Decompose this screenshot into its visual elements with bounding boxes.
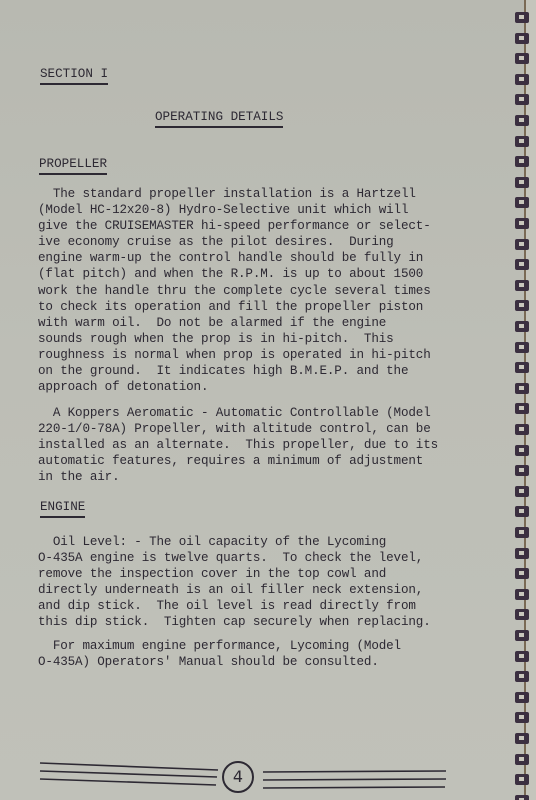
binding-coil	[515, 197, 529, 208]
page-number: 4	[222, 761, 254, 793]
binding-coil	[515, 506, 529, 517]
binding-coil	[515, 774, 529, 785]
binding-coil	[515, 548, 529, 559]
binding-coil	[515, 33, 529, 44]
binding-coil	[515, 445, 529, 456]
binding-coil	[515, 630, 529, 641]
binding-coil	[515, 177, 529, 188]
engine-heading: ENGINE	[40, 500, 85, 518]
binding-coil	[515, 362, 529, 373]
binding-coil	[515, 754, 529, 765]
binding-coil	[515, 53, 529, 64]
binding-coil	[515, 527, 529, 538]
propeller-paragraph-koppers: A Koppers Aeromatic - Automatic Controll…	[38, 405, 438, 485]
engine-paragraph-performance: For maximum engine performance, Lycoming…	[38, 638, 401, 670]
binding-coil	[515, 156, 529, 167]
binding-coil	[515, 342, 529, 353]
binding-coil	[515, 651, 529, 662]
binding-coil	[515, 424, 529, 435]
binding-coil	[515, 609, 529, 620]
binding-coil	[515, 321, 529, 332]
binding-coil	[515, 589, 529, 600]
page-title: OPERATING DETAILS	[155, 110, 283, 128]
binding-coil	[515, 403, 529, 414]
binding-coil	[515, 300, 529, 311]
binding-coil	[515, 218, 529, 229]
binding-coil	[515, 136, 529, 147]
section-label: SECTION I	[40, 67, 108, 85]
binding-coil	[515, 239, 529, 250]
propeller-heading: PROPELLER	[39, 157, 107, 175]
binding-coil	[515, 795, 529, 800]
binding-coil	[515, 465, 529, 476]
propeller-paragraph-hartzell: The standard propeller installation is a…	[38, 186, 431, 395]
binding-coil	[515, 671, 529, 682]
binding-coil	[515, 383, 529, 394]
binding-coil	[515, 259, 529, 270]
engine-paragraph-oil-level: Oil Level: - The oil capacity of the Lyc…	[38, 534, 431, 631]
binding-coil	[515, 692, 529, 703]
binding-coil	[515, 74, 529, 85]
binding-coil	[515, 115, 529, 126]
binding-coil	[515, 12, 529, 23]
binding-coil	[515, 712, 529, 723]
binding-coil	[515, 568, 529, 579]
binding-coil	[515, 280, 529, 291]
binding-coil	[515, 486, 529, 497]
binding-coil	[515, 733, 529, 744]
binding-coil	[515, 94, 529, 105]
